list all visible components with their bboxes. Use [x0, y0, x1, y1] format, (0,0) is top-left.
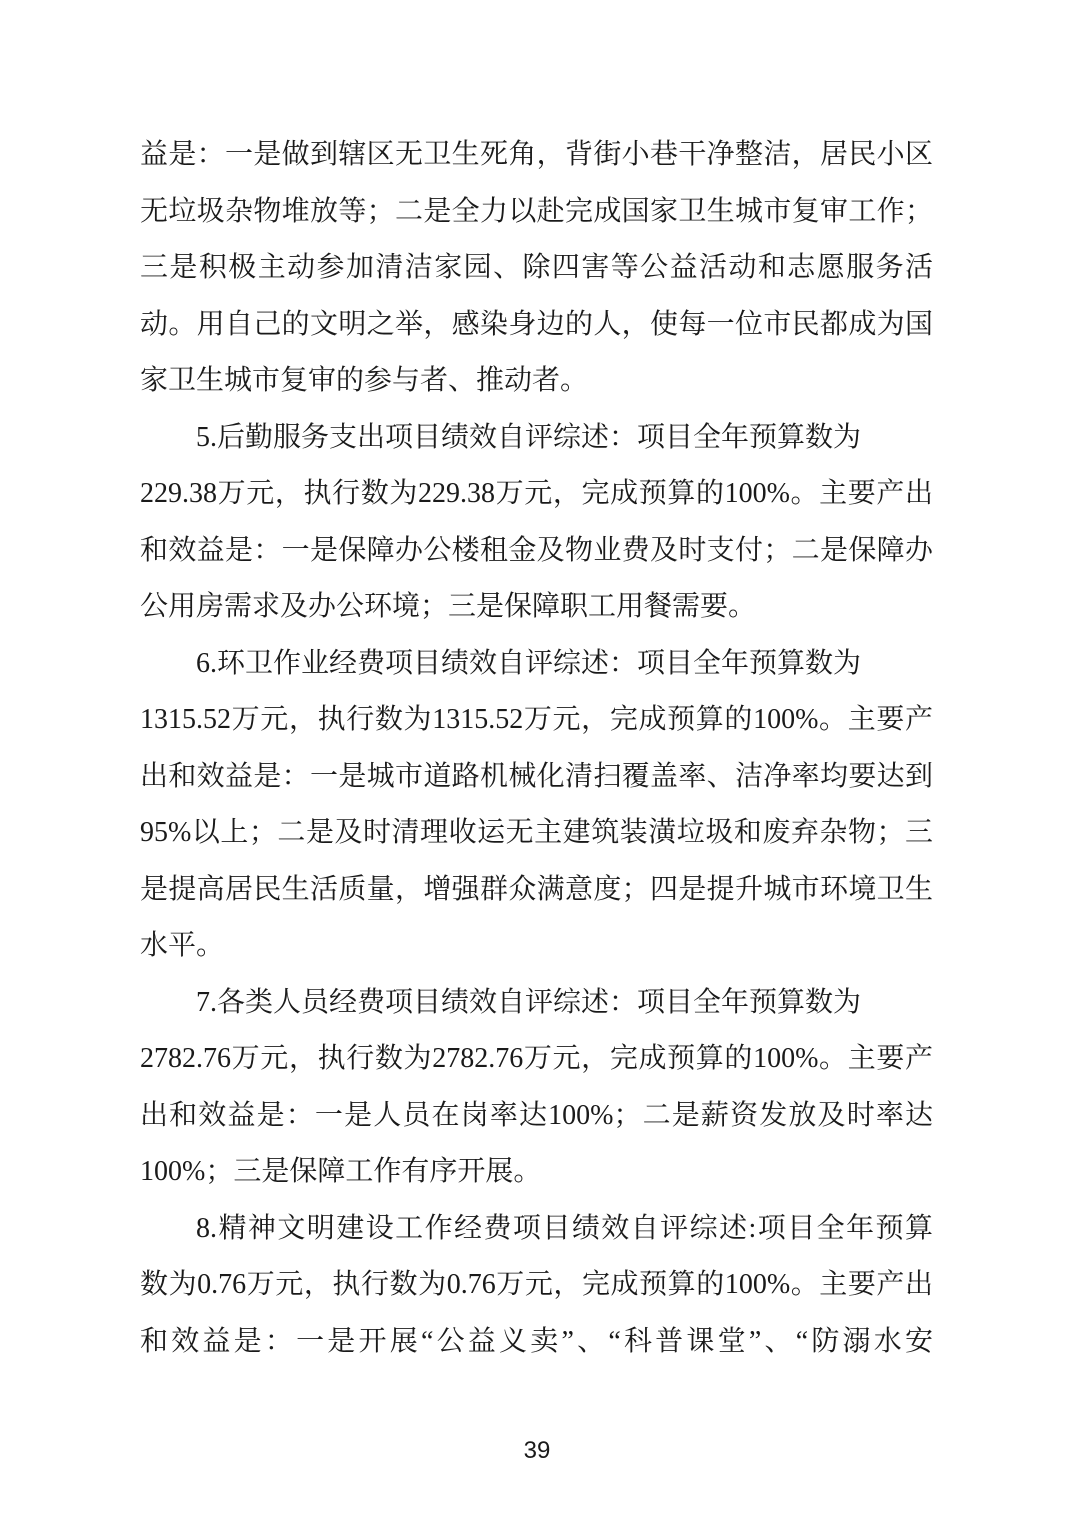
text-line: 无垃圾杂物堆放等；二是全力以赴完成国家卫生城市复审工作； — [140, 184, 933, 241]
page-number: 39 — [0, 1436, 1074, 1466]
text-line: 2782.76万元，执行数为2782.76万元，完成预算的100%。主要产 — [140, 1031, 933, 1088]
text-line: 数为0.76万元，执行数为0.76万元，完成预算的100%。主要产出 — [140, 1257, 933, 1314]
text-line: 出和效益是：一是城市道路机械化清扫覆盖率、洁净率均要达到 — [140, 749, 933, 806]
text-line: 8.精神文明建设工作经费项目绩效自评综述:项目全年预算 — [140, 1201, 933, 1258]
text-line: 6.环卫作业经费项目绩效自评综述：项目全年预算数为 — [140, 636, 933, 693]
document-body: 益是：一是做到辖区无卫生死角，背街小巷干净整洁，居民小区无垃圾杂物堆放等；二是全… — [140, 127, 933, 1370]
paragraph-8-spiritual-civilization: 8.精神文明建设工作经费项目绩效自评综述:项目全年预算数为0.76万元，执行数为… — [140, 1201, 933, 1371]
text-line: 是提高居民生活质量，增强群众满意度；四是提升城市环境卫生 — [140, 862, 933, 919]
text-line: 家卫生城市复审的参与者、推动者。 — [140, 353, 933, 410]
text-line: 和效益是：一是开展“公益义卖”、“科普课堂”、“防溺水安 — [140, 1314, 933, 1371]
paragraph-6-sanitation-operations: 6.环卫作业经费项目绩效自评综述：项目全年预算数为1315.52万元，执行数为1… — [140, 636, 933, 975]
text-line: 1315.52万元，执行数为1315.52万元，完成预算的100%。主要产 — [140, 692, 933, 749]
paragraph-7-personnel-funds: 7.各类人员经费项目绩效自评综述：项目全年预算数为2782.76万元，执行数为2… — [140, 975, 933, 1201]
text-line: 100%；三是保障工作有序开展。 — [140, 1144, 933, 1201]
document-page: 益是：一是做到辖区无卫生死角，背街小巷干净整洁，居民小区无垃圾杂物堆放等；二是全… — [0, 0, 1074, 1520]
text-line: 5.后勤服务支出项目绩效自评综述：项目全年预算数为 — [140, 410, 933, 467]
text-line: 三是积极主动参加清洁家园、除四害等公益活动和志愿服务活 — [140, 240, 933, 297]
text-line: 动。用自己的文明之举，感染身边的人，使每一位市民都成为国 — [140, 297, 933, 354]
paragraph-continuation: 益是：一是做到辖区无卫生死角，背街小巷干净整洁，居民小区无垃圾杂物堆放等；二是全… — [140, 127, 933, 410]
text-line: 出和效益是：一是人员在岗率达100%；二是薪资发放及时率达 — [140, 1088, 933, 1145]
text-line: 益是：一是做到辖区无卫生死角，背街小巷干净整洁，居民小区 — [140, 127, 933, 184]
text-line: 7.各类人员经费项目绩效自评综述：项目全年预算数为 — [140, 975, 933, 1032]
text-line: 和效益是：一是保障办公楼租金及物业费及时支付；二是保障办 — [140, 523, 933, 580]
text-line: 水平。 — [140, 918, 933, 975]
paragraph-5-logistics-services: 5.后勤服务支出项目绩效自评综述：项目全年预算数为229.38万元，执行数为22… — [140, 410, 933, 636]
text-line: 公用房需求及办公环境；三是保障职工用餐需要。 — [140, 579, 933, 636]
text-line: 95%以上；二是及时清理收运无主建筑装潢垃圾和废弃杂物；三 — [140, 805, 933, 862]
text-line: 229.38万元，执行数为229.38万元，完成预算的100%。主要产出 — [140, 466, 933, 523]
